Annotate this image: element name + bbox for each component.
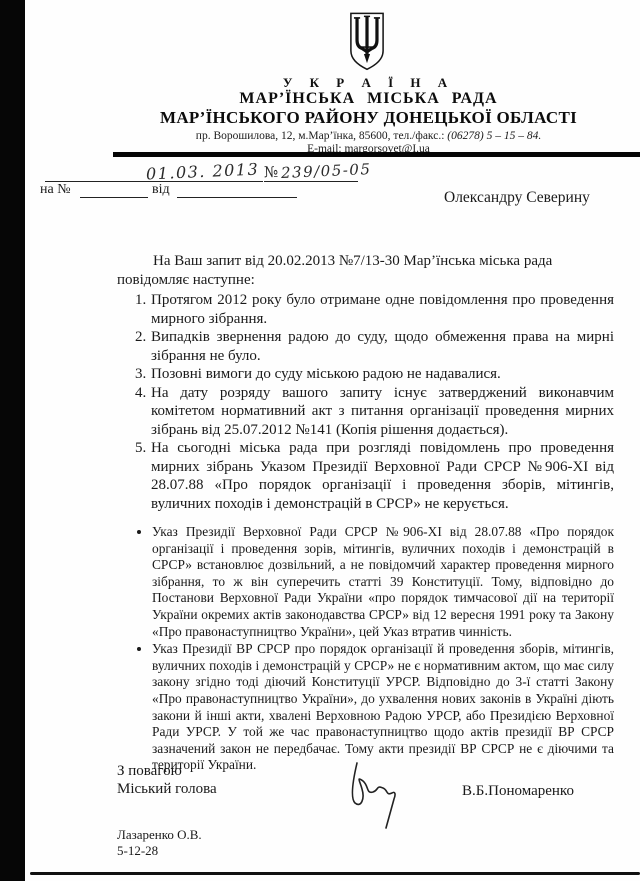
phone-number: (06278) 5 – 15 – 84. [447,130,541,142]
legal-notes-list: Указ Президії Верховної Ради СРСР №906-Х… [117,524,614,774]
scan-left-edge-artifact [0,0,25,881]
district-title: МАР’ЇНСЬКОГО РАЙОНУ ДОНЕЦЬКОЇ ОБЛАСТІ [96,108,640,128]
legal-note-1: Указ Президії Верховної Ради СРСР №906-Х… [152,524,614,640]
intro-line-1: На Ваш запит від 20.02.2013 №7/13-30 Мар… [117,252,614,271]
handwritten-date: 01.03. 2013 [146,160,260,184]
scan-bottom-edge-artifact [30,872,640,875]
answer-item-3: Позовні вимоги до суду міською радою не … [150,365,614,384]
signer-title: Міський голова [117,781,217,798]
signer-name: В.Б.Пономаренко [462,783,574,800]
address-line: пр. Ворошилова, 12, м.Мар’їнка, 85600, т… [96,130,640,142]
address-text: пр. Ворошилова, 12, м.Мар’їнка, 85600, т… [196,130,447,142]
reply-to-number-label: на № [40,182,71,198]
executor-phone: 5-12-28 [117,843,158,859]
scanned-letter-page: У К Р А Ї Н А МАР’ЇНСЬКА МІСЬКА РАДА МАР… [0,0,640,881]
numbered-answers-list: Протягом 2012 року було отримане одне по… [117,291,614,513]
legal-note-2: Указ Президії ВР СРСР про порядок органі… [152,641,614,774]
answer-item-5: На сьогодні міська рада при розгляді пов… [150,439,614,513]
answer-item-1: Протягом 2012 року було отримане одне по… [150,291,614,328]
intro-paragraph: На Ваш запит від 20.02.2013 №7/13-30 Мар… [117,252,614,290]
addressee-name: Олександру Северину [444,189,590,207]
header-divider-rule [113,152,640,157]
reply-number-underline [80,197,148,198]
number-field-underline [264,181,358,182]
reply-date-underline [177,197,297,198]
council-title: МАР’ЇНСЬКА МІСЬКА РАДА [96,90,640,108]
closing-phrase: З повагою [117,763,182,780]
reply-from-label: від [152,182,170,198]
intro-line-2: повідомляє наступне: [117,271,614,290]
answer-item-4: На дату розряду вашого запиту існує затв… [150,384,614,440]
letter-body: На Ваш запит від 20.02.2013 №7/13-30 Мар… [117,252,614,775]
trident-emblem-icon [344,11,390,77]
country-title: У К Р А Ї Н А [96,75,640,91]
handwritten-signature-icon [336,760,408,832]
answer-item-2: Випадків звернення радою до суду, щодо о… [150,328,614,365]
executor-name: Лазаренко О.В. [117,827,202,843]
number-sign: № [264,163,279,181]
handwritten-outgoing-number: 239/05-05 [281,160,372,182]
